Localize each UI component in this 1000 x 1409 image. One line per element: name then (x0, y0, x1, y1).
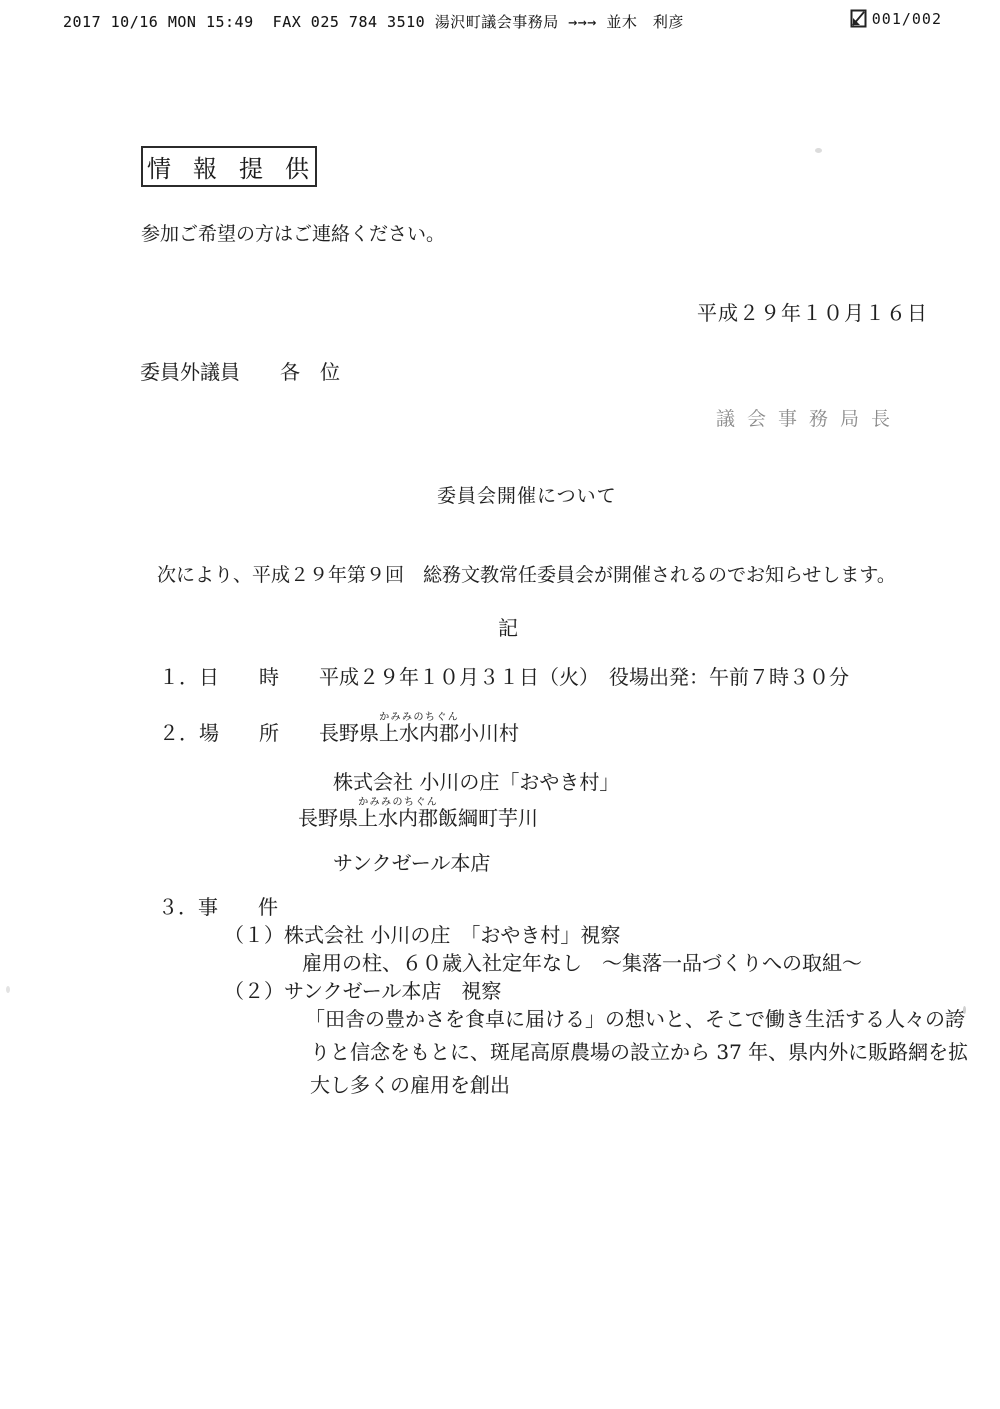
venue-2: サンクゼール本店 (333, 847, 490, 876)
scan-speck (815, 148, 822, 153)
agenda-item-2: （２）サンクゼール本店 視察 (224, 975, 501, 1004)
fax-document-page: 2017 10/16 MON 15:49 FAX 025 784 3510 湯沢… (0, 0, 1000, 1409)
agenda-item-2-detail-line-2: りと信念をもとに、斑尾高原農場の設立から 37 年、県内外に販路網を拡 (310, 1036, 968, 1065)
address2-ruby: 上水内郡かみみのちぐん (358, 806, 438, 830)
address2-prefix: 長野県 (298, 806, 358, 830)
agenda-heading: ３．事 件 (158, 891, 278, 920)
place-ruby-base: 上水内郡 (379, 721, 459, 745)
place-furigana: かみみのちぐん (379, 712, 459, 723)
agenda-item-2-detail-line-1: 「田舎の豊かさを食卓に届ける」の想いと、そこで働き生活する人々の誇 (305, 1003, 965, 1032)
address2-furigana: かみみのちぐん (358, 797, 438, 808)
announcement-line: 次により、平成２９年第９回 総務文教常任委員会が開催されるのでお知らせします。 (157, 560, 896, 587)
place-prefix: ２．場 所 長野県 (159, 721, 379, 745)
agenda-item-2-detail-line-3: 大し多くの雇用を創出 (310, 1069, 510, 1098)
sender-title: 議会事務局長 (716, 404, 902, 431)
place-suffix: 小川村 (459, 721, 519, 745)
contact-note: 参加ご希望の方はご連絡ください。 (141, 219, 445, 246)
fax-page-icon (850, 9, 867, 28)
venue-1: 株式会社 小川の庄「おやき村」 (333, 766, 619, 795)
agenda-item-1: （１）株式会社 小川の庄 「おやき村」視察 (224, 919, 620, 948)
item-place-heading: ２．場 所 長野県上水内郡かみみのちぐん小川村 (159, 712, 519, 746)
item-place-address-2: 長野県上水内郡かみみのちぐん飯綱町芋川 (298, 797, 538, 831)
document-date: 平成２９年１０月１６日 (697, 297, 928, 326)
address2-suffix: 飯綱町芋川 (438, 806, 538, 830)
record-marker: 記 (498, 612, 518, 641)
fax-page-counter: 001/002 (872, 10, 942, 28)
agenda-item-1-detail: 雇用の柱、６０歳入社定年なし ～集落一品づくりへの取組～ (302, 947, 862, 976)
fax-page-counter-group: 001/002 (850, 9, 942, 28)
scan-speck (6, 986, 10, 993)
address2-ruby-base: 上水内郡 (358, 806, 438, 830)
fax-transmission-header: 2017 10/16 MON 15:49 FAX 025 784 3510 湯沢… (63, 11, 684, 32)
scan-speck (963, 1006, 966, 1014)
place-ruby: 上水内郡かみみのちぐん (379, 721, 459, 745)
item-datetime: １．日 時 平成２９年１０月３１日（火） 役場出発：午前７時３０分 (159, 661, 849, 690)
subject-title: 委員会開催について (437, 481, 617, 508)
addressee-line: 委員外議員 各 位 (140, 356, 340, 385)
info-provision-stamp: 情報提供 (141, 146, 317, 187)
